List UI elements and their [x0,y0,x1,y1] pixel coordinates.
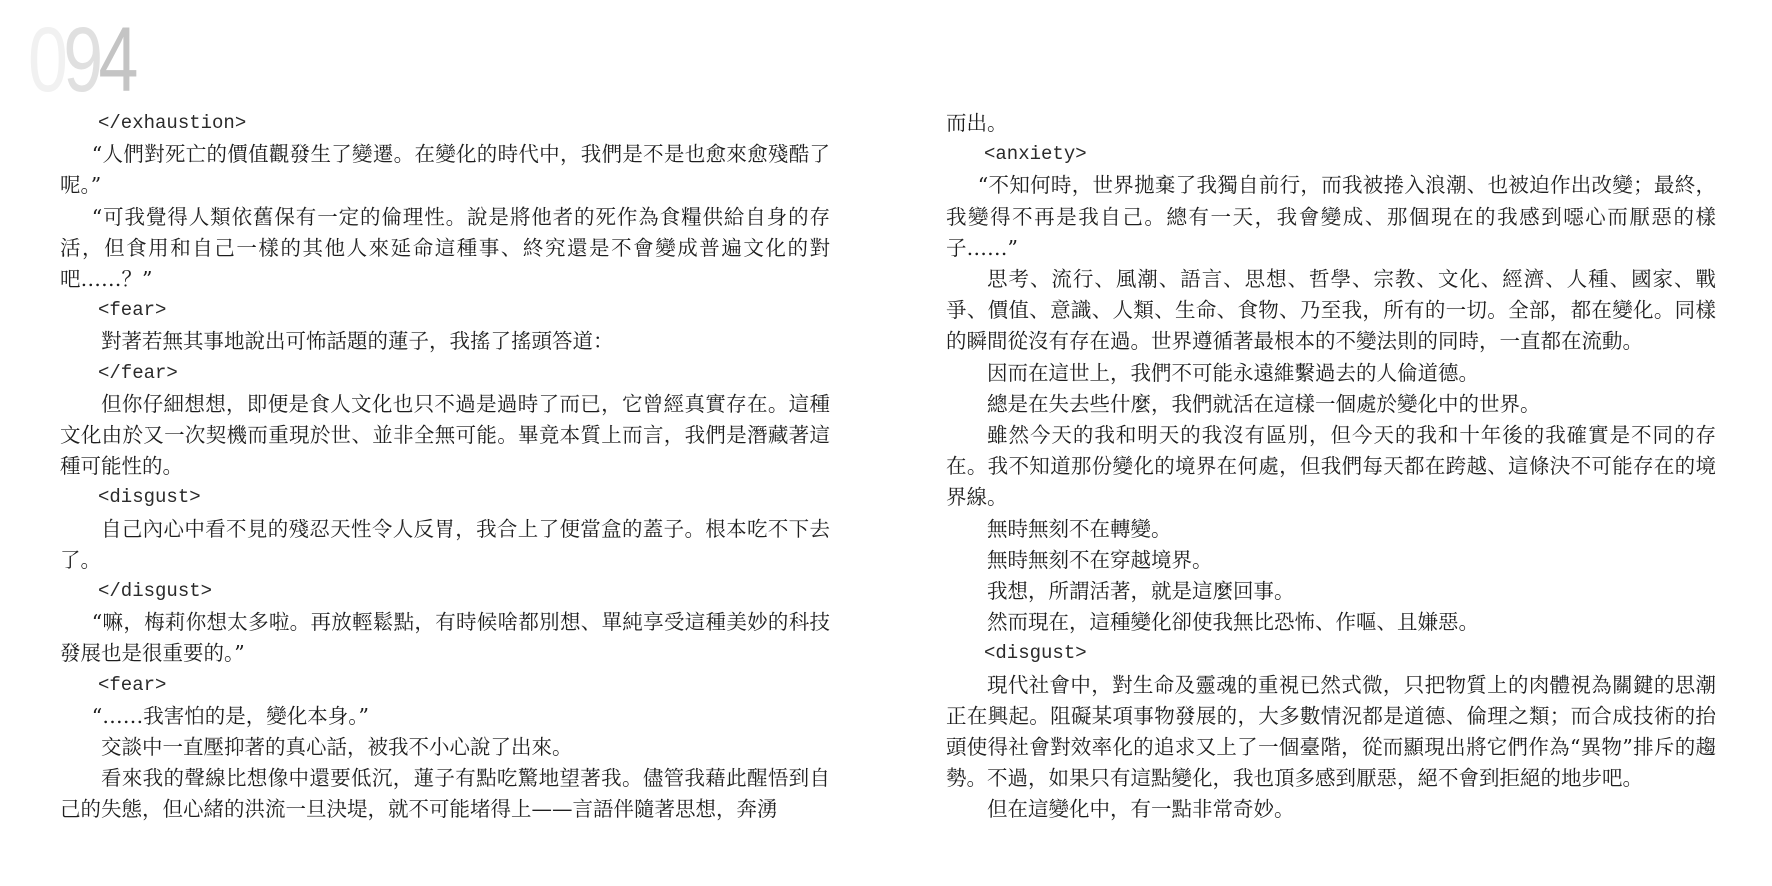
narration-paragraph: 但在這變化中，有一點非常奇妙。 [946,794,1716,825]
page-number-digit: 9 [63,9,98,111]
narration-paragraph: 雖然今天的我和明天的我沒有區別，但今天的我和十年後的我確實是不同的存在。我不知道… [946,420,1716,514]
page-number: 094 [28,14,134,106]
left-column: </exhaustion> “人們對死亡的價值觀發生了變遷。在變化的時代中，我們… [60,108,830,826]
narration-paragraph: 但你仔細想想，即便是食人文化也只不過是過時了而已，它曾經真實存在。這種文化由於又… [60,389,830,483]
narration-paragraph: 無時無刻不在轉變。 [946,514,1716,545]
dialogue-paragraph: “……我害怕的是，變化本身。” [60,701,830,732]
narration-paragraph: 總是在失去些什麼，我們就活在這樣一個處於變化中的世界。 [946,389,1716,420]
emotion-tag-open-disgust: <disgust> [946,638,1716,669]
narration-paragraph: 看來我的聲線比想像中還要低沉，蓮子有點吃驚地望著我。儘管我藉此醒悟到自己的失態，… [60,763,830,825]
emotion-tag-close-exhaustion: </exhaustion> [60,108,830,139]
narration-paragraph: 然而現在，這種變化卻使我無比恐怖、作嘔、且嫌惡。 [946,607,1716,638]
continuation-text: 而出。 [946,108,1716,139]
narration-paragraph: 現代社會中，對生命及靈魂的重視已然式微，只把物質上的肉體視為關鍵的思潮正在興起。… [946,670,1716,795]
emotion-tag-close-fear: </fear> [60,358,830,389]
emotion-tag-open-fear: <fear> [60,295,830,326]
narration-paragraph: 交談中一直壓抑著的真心話，被我不小心說了出來。 [60,732,830,763]
emotion-tag-open-fear: <fear> [60,670,830,701]
emotion-tag-close-disgust: </disgust> [60,576,830,607]
page-number-digit: 4 [98,9,133,111]
narration-paragraph: 我想，所謂活著，就是這麼回事。 [946,576,1716,607]
emotion-tag-open-anxiety: <anxiety> [946,139,1716,170]
narration-paragraph: 自己內心中看不見的殘忍天性令人反胃，我合上了便當盒的蓋子。根本吃不下去了。 [60,514,830,576]
page-number-digit: 0 [28,9,63,111]
narration-paragraph: 對著若無其事地說出可怖話題的蓮子，我搖了搖頭答道： [60,326,830,357]
narration-paragraph: 無時無刻不在穿越境界。 [946,545,1716,576]
dialogue-paragraph: “嘛，梅莉你想太多啦。再放輕鬆點，有時候啥都別想、單純享受這種美妙的科技發展也是… [60,607,830,669]
narration-paragraph: 思考、流行、風潮、語言、思想、哲學、宗教、文化、經濟、人種、國家、戰爭、價值、意… [946,264,1716,358]
dialogue-paragraph: “可我覺得人類依舊保有一定的倫理性。說是將他者的死作為食糧供給自身的存活，但食用… [60,202,830,296]
right-column: 而出。 <anxiety> “不知何時，世界拋棄了我獨自前行，而我被捲入浪潮、也… [946,108,1716,826]
emotion-tag-open-disgust: <disgust> [60,482,830,513]
narration-paragraph: 因而在這世上，我們不可能永遠維繫過去的人倫道德。 [946,358,1716,389]
dialogue-paragraph: “人們對死亡的價值觀發生了變遷。在變化的時代中，我們是不是也愈來愈殘酷了呢。” [60,139,830,201]
dialogue-paragraph: “不知何時，世界拋棄了我獨自前行，而我被捲入浪潮、也被迫作出改變；最終，我變得不… [946,170,1716,264]
